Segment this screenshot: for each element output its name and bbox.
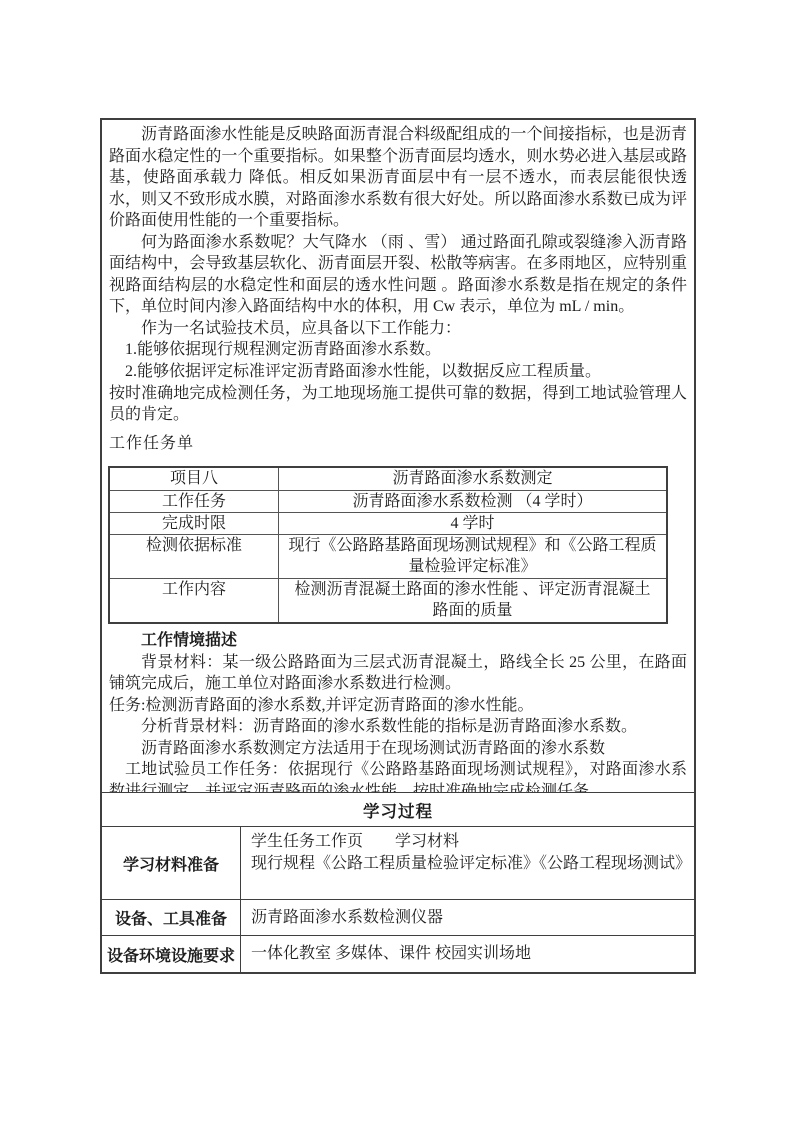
task-row-label: 完成时限: [109, 512, 279, 534]
scenario-analysis: 分析背景材料：沥青路面的渗水系数性能的指标是沥青路面渗水系数。: [109, 716, 687, 738]
learning-row-content-materials: 学生任务工作页 学习材料 现行规程《公路工程质量检验评定标准》《公路工程现场测试…: [241, 827, 694, 899]
table-row: 项目八 沥青路面渗水系数测定: [109, 467, 667, 490]
learning-row-label-materials: 学习材料准备: [102, 827, 241, 899]
learning-row-content-environment: 一体化教室 多媒体、课件 校园实训场地: [241, 936, 694, 972]
learning-row-label-equipment: 设备、工具准备: [102, 900, 241, 935]
scenario-worker-task: 工地试验员工作任务：依据现行《公路路基路面现场测试规程》，对路面渗水系数进行测定…: [109, 759, 687, 793]
learning-process-heading: 学习过程: [102, 793, 694, 827]
scenario-task: 任务:检测沥青路面的渗水系数,并评定沥青路面的渗水性能。: [109, 695, 687, 717]
task-row-value: 现行《公路路基路面现场测试规程》和《公路工程质量检验评定标准》: [279, 535, 668, 579]
table-row: 工作任务 沥青路面渗水系数检测 （4 学时）: [109, 490, 667, 512]
task-row-value: 沥青路面渗水系数测定: [279, 467, 668, 490]
equipment-line-1: 沥青路面渗水系数检测仪器: [251, 907, 443, 929]
ability-item-2: 2.能够依据评定标准评定沥青路面渗水性能，以数据反应工程质量。: [109, 361, 687, 383]
document-page: 沥青路面渗水性能是反映路面沥青混合料级配组成的一个间接指标，也是沥青路面水稳定性…: [100, 118, 696, 974]
task-row-label: 项目八: [109, 467, 279, 490]
environment-line-1: 一体化教室 多媒体、课件 校园实训场地: [251, 943, 531, 965]
table-row: 学习材料准备 学生任务工作页 学习材料 现行规程《公路工程质量检验评定标准》《公…: [102, 827, 694, 899]
task-sheet-table: 项目八 沥青路面渗水系数测定 工作任务 沥青路面渗水系数检测 （4 学时） 完成…: [108, 466, 668, 624]
table-row: 完成时限 4 学时: [109, 512, 667, 534]
learning-row-content-equipment: 沥青路面渗水系数检测仪器: [241, 900, 694, 935]
ability-item-1: 1.能够依据现行规程测定沥青路面渗水系数。: [109, 339, 687, 361]
task-row-label: 工作任务: [109, 490, 279, 512]
table-row: 检测依据标准 现行《公路路基路面现场测试规程》和《公路工程质量检验评定标准》: [109, 535, 667, 579]
ability-closing-line: 按时准确地完成检测任务，为工地现场施工提供可靠的数据，得到工地试验管理人员的肯定…: [109, 383, 687, 426]
table-row: 设备、工具准备 沥青路面渗水系数检测仪器: [102, 899, 694, 935]
scenario-heading: 工作情境描述: [109, 630, 687, 652]
intro-paragraph-2: 何为路面渗水系数呢？大气降水 （雨 、雪） 通过路面孔隙或裂缝渗入沥青路面结构中…: [109, 232, 687, 318]
learning-row-label-environment: 设备环境设施要求: [102, 936, 241, 972]
task-row-value: 沥青路面渗水系数检测 （4 学时）: [279, 490, 668, 512]
table-row: 设备环境设施要求 一体化教室 多媒体、课件 校园实训场地: [102, 935, 694, 972]
task-row-value: 检测沥青混凝土路面的渗水性能 、评定沥青混凝土路面的质量: [279, 579, 668, 624]
task-row-label: 检测依据标准: [109, 535, 279, 579]
table-row: 工作内容 检测沥青混凝土路面的渗水性能 、评定沥青混凝土路面的质量: [109, 579, 667, 624]
task-row-value: 4 学时: [279, 512, 668, 534]
materials-line-1: 学生任务工作页 学习材料: [251, 831, 684, 853]
ability-intro-line: 作为一名试验技术员，应具备以下工作能力：: [109, 318, 687, 340]
main-content-cell: 沥青路面渗水性能是反映路面沥青混合料级配组成的一个间接指标，也是沥青路面水稳定性…: [102, 120, 694, 793]
scenario-method: 沥青路面渗水系数测定方法适用于在现场测试沥青路面的渗水系数: [109, 738, 687, 760]
materials-line-2: 现行规程《公路工程质量检验评定标准》《公路工程现场测试》: [251, 853, 684, 875]
scenario-background: 背景材料：某一级公路路面为三层式沥青混凝土，路线全长 25 公里，在路面铺筑完成…: [109, 652, 687, 695]
intro-paragraph-1: 沥青路面渗水性能是反映路面沥青混合料级配组成的一个间接指标，也是沥青路面水稳定性…: [109, 124, 687, 232]
task-row-label: 工作内容: [109, 579, 279, 624]
task-sheet-title: 工作任务单: [109, 433, 687, 455]
